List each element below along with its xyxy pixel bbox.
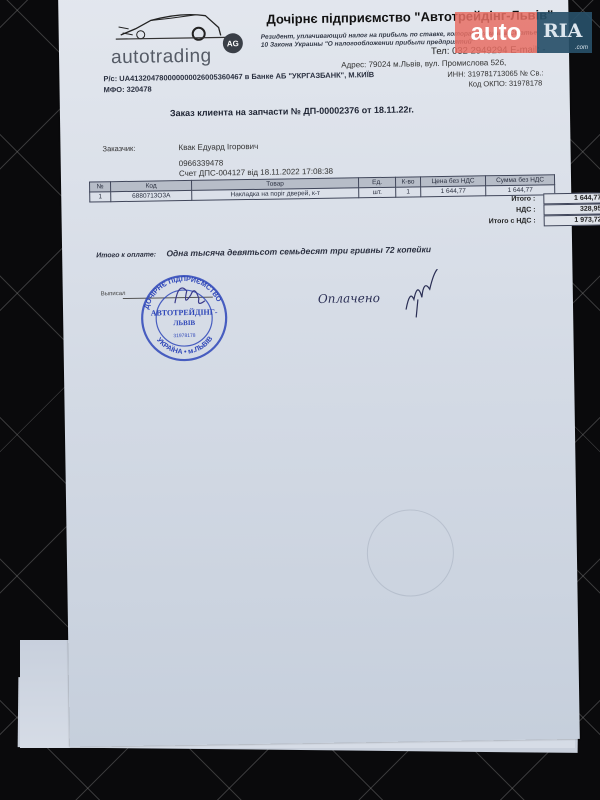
vat-value: 328,95 Грн.: [543, 203, 600, 215]
document-title: Заказ клиента на запчасти № ДП-00002376 …: [170, 104, 414, 118]
amount-to-pay-label: Итого к оплате:: [96, 251, 156, 259]
company-stamp: ДОЧІРНЄ ПІДПРИЄМСТВО УКРАЇНА • м.ЛЬВІВ А…: [134, 272, 233, 364]
handwritten-signature: Оплачено: [317, 269, 448, 321]
company-logo: autotrading AG: [110, 5, 241, 77]
invoice-reference: Счет ДПС-004127 від 18.11.2022 17:08:38: [179, 167, 333, 178]
vat-label: НДС :: [417, 206, 543, 215]
company-address: Адрес: 79024 м.Львів, вул. Промислова 52…: [341, 58, 506, 70]
company-okpo: Код ОКПО: 31978178: [468, 78, 542, 88]
logo-text: autotrading: [111, 46, 212, 70]
company-inn: ИНН: 319781713065 № Св.:: [447, 68, 543, 79]
amount-to-pay: Итого к оплате: Одна тысяча девятьсот се…: [96, 244, 431, 259]
row-unit: шт.: [359, 187, 396, 198]
total-value: 1 973,72 Грн.: [544, 214, 600, 226]
row-number: 1: [90, 192, 111, 202]
autoria-watermark: auto RIA .com: [455, 12, 592, 53]
customer-phone: 0966339478: [179, 158, 224, 168]
row-product: Накладка на поріг дверей, к-т: [192, 188, 359, 201]
customer-name: Квак Едуард Ігорович: [178, 142, 258, 152]
total-label: Итого с НДС :: [418, 217, 544, 226]
col-number: №: [90, 182, 111, 192]
logo-badge: AG: [223, 33, 243, 53]
totals-block: Итого : 1 644,77 Грн. НДС : 328,95 Грн. …: [417, 192, 600, 228]
car-logo-icon: [110, 5, 231, 47]
col-qty: К-во: [395, 177, 420, 187]
watermark-ria-text: RIA: [543, 20, 582, 42]
invoice-paper: autotrading AG Дочірнє підприємство "Авт…: [58, 0, 580, 747]
svg-text:ЛЬВІВ: ЛЬВІВ: [173, 319, 195, 327]
faint-stamp-impression: [366, 509, 454, 597]
svg-text:31978178: 31978178: [173, 333, 196, 339]
col-unit: Ед.: [358, 177, 395, 188]
bank-mfo: МФО: 320478: [104, 85, 152, 95]
watermark-ria: RIA .com: [537, 12, 592, 53]
svg-text:ДОЧІРНЄ ПІДПРИЄМСТВО: ДОЧІРНЄ ПІДПРИЄМСТВО: [143, 275, 223, 310]
row-code: 6880713O3A: [111, 190, 192, 201]
svg-text:АВТОТРЕЙДІНГ-: АВТОТРЕЙДІНГ-: [151, 308, 218, 318]
issued-by-label: Выписал: [101, 291, 126, 297]
watermark-auto: auto: [455, 12, 537, 53]
subtotal-label: Итого :: [417, 195, 543, 204]
svg-text:Оплачено: Оплачено: [318, 291, 380, 306]
customer-label: Заказчик:: [102, 144, 135, 154]
subtotal-value: 1 644,77 Грн.: [543, 192, 600, 204]
watermark-com-text: .com: [575, 45, 588, 51]
amount-in-words: Одна тысяча девятьсот семьдесят три грив…: [166, 244, 431, 258]
